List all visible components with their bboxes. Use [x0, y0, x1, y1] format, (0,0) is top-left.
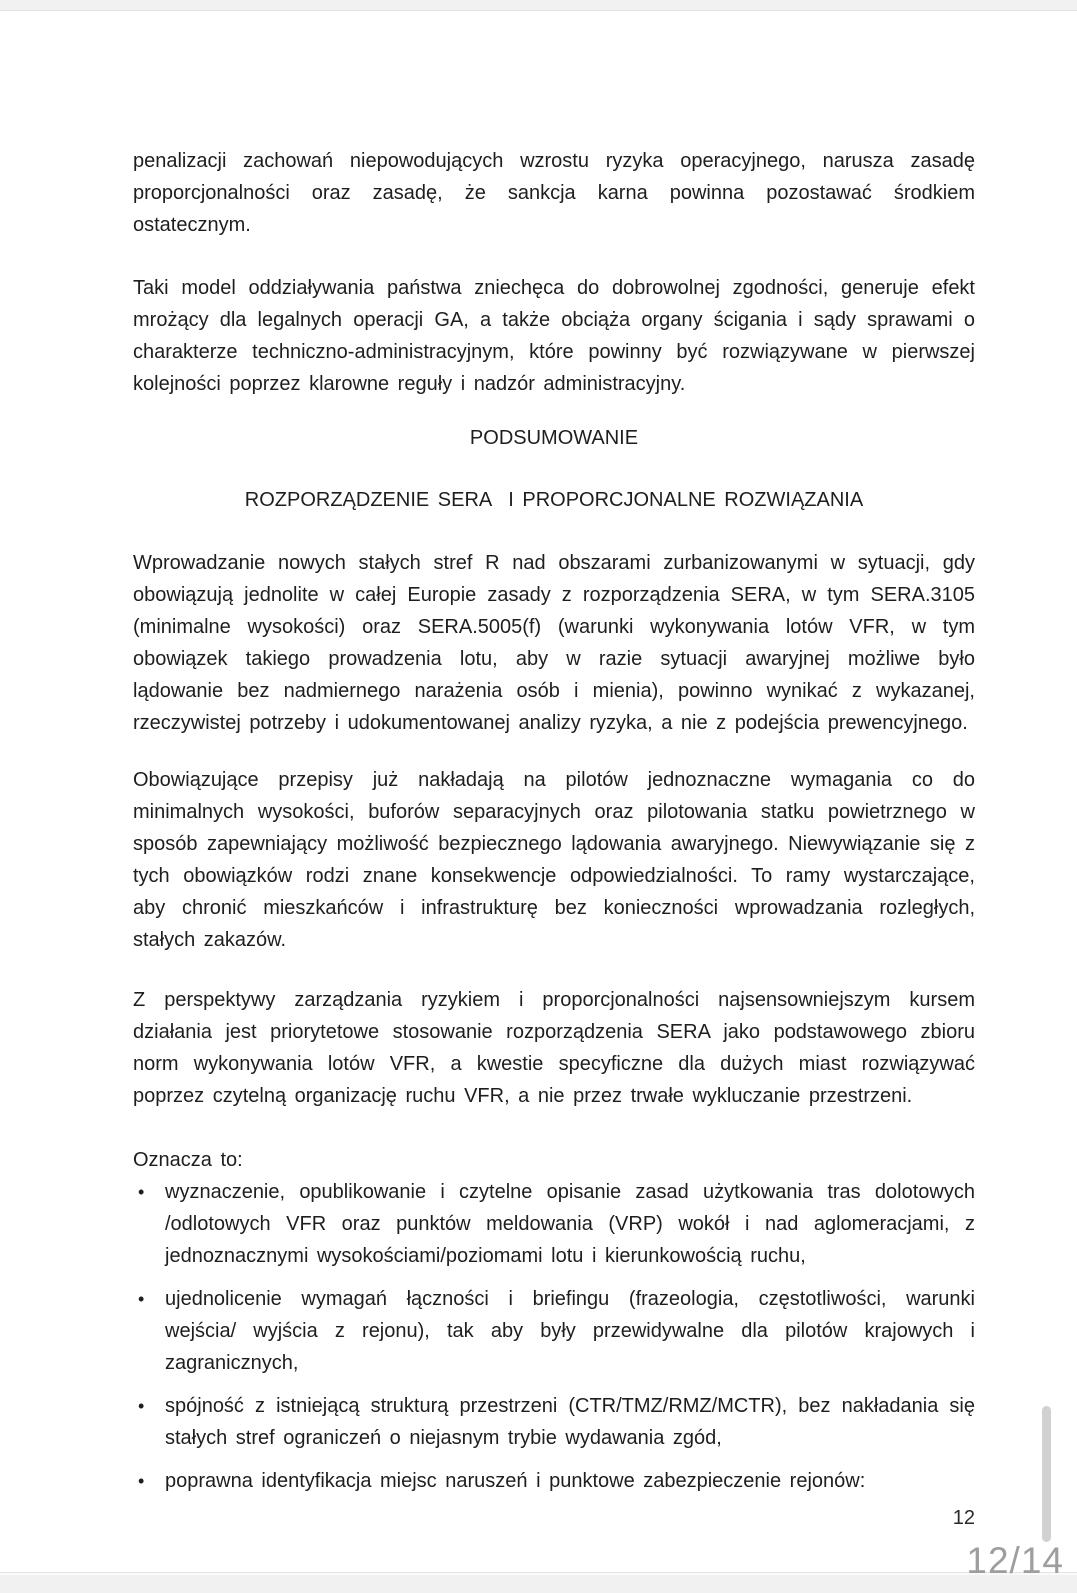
heading-rozporzadzenie-sera: ROZPORZĄDZENIE SERA I PROPORCJONALNE ROZ…	[133, 484, 975, 516]
list-intro: Oznacza to:	[133, 1144, 975, 1176]
paragraph-penalization: penalizacji zachowań niepowodujących wzr…	[133, 145, 975, 241]
pdf-viewer-scroll-area[interactable]: penalizacji zachowań niepowodujących wzr…	[0, 0, 1077, 1593]
bullet-list: • wyznaczenie, opublikowanie i czytelne …	[133, 1176, 975, 1497]
paragraph-perspektywa-ryzyka: Z perspektywy zarządzania ryzykiem i pro…	[133, 984, 975, 1112]
list-item: • poprawna identyfikacja miejsc naruszeń…	[133, 1465, 975, 1497]
bullet-icon: •	[138, 1176, 144, 1208]
list-item: • spójność z istniejącą strukturą przest…	[133, 1390, 975, 1454]
document-page: penalizacji zachowań niepowodujących wzr…	[0, 11, 1077, 1572]
page-indicator-overlay: 12/14	[966, 1542, 1064, 1579]
list-item-text: spójność z istniejącą strukturą przestrz…	[165, 1395, 975, 1449]
list-item: • wyznaczenie, opublikowanie i czytelne …	[133, 1176, 975, 1272]
paragraph-strefy-r: Wprowadzanie nowych stałych stref R nad …	[133, 547, 975, 739]
paragraph-obowiazujace-przepisy: Obowiązujące przepisy już nakładają na p…	[133, 764, 975, 956]
page-separator-top	[0, 0, 1077, 11]
scrollbar-thumb[interactable]	[1042, 1406, 1051, 1542]
list-item-text: wyznaczenie, opublikowanie i czytelne op…	[165, 1181, 975, 1267]
list-item-text: poprawna identyfikacja miejsc naruszeń i…	[165, 1470, 865, 1492]
bullet-icon: •	[138, 1390, 144, 1422]
list-item: • ujednolicenie wymagań łączności i brie…	[133, 1283, 975, 1379]
bullet-icon: •	[138, 1465, 144, 1497]
bullet-icon: •	[138, 1283, 144, 1315]
document-content: penalizacji zachowań niepowodujących wzr…	[133, 145, 975, 1497]
list-item-text: ujednolicenie wymagań łączności i briefi…	[165, 1288, 975, 1374]
heading-podsumowanie: PODSUMOWANIE	[133, 422, 975, 454]
paragraph-state-model: Taki model oddziaływania państwa zniechę…	[133, 272, 975, 400]
page-separator-bottom	[0, 1572, 1077, 1593]
page-number: 12	[953, 1502, 975, 1534]
